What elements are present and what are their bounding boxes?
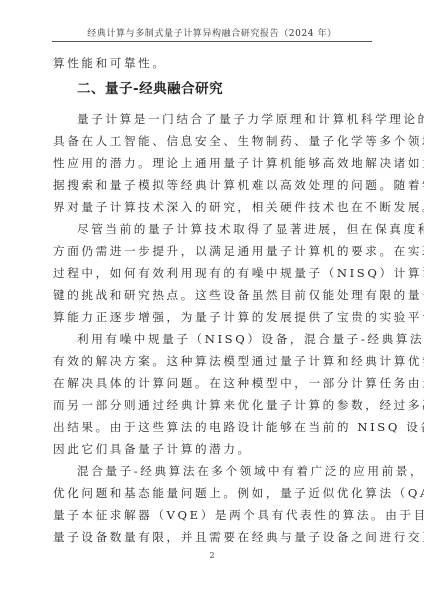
paragraph-line: 混合量子-经典算法在多个领域中有着广泛的应用前景，尤其是在组合 — [53, 460, 371, 482]
paragraph-line: 量子设备数量有限，并且需要在经典与量子设备之间进行交互，这类混合 — [53, 526, 371, 548]
header-divider — [52, 41, 372, 42]
paragraph-line: 优化问题和基态能量问题上。例如，量子近似优化算法（QAOA）和变分 — [53, 482, 371, 504]
page-number: 2 — [0, 551, 424, 560]
paragraph-line: 界对量子计算技术深入的研究，相关硬件技术也在不断发展。 — [53, 196, 371, 218]
paragraph-line: 尽管当前的量子计算技术取得了显著进展，但在保真度和相干时间等 — [53, 218, 371, 240]
section-heading: 二、量子-经典融合研究 — [53, 78, 371, 100]
paragraph-3: 利用有噪中规量子（NISQ）设备，混合量子-经典算法模型已成为一种 有效的解决方… — [53, 328, 371, 460]
paragraph-line: 有效的解决方案。这种算法模型通过量子计算和经典计算优势的结合，旨 — [53, 350, 371, 372]
paragraph-line: 而另一部分则通过经典计算来优化量子计算的参数，经过多次迭代最终得 — [53, 394, 371, 416]
paragraph-4: 混合量子-经典算法在多个领域中有着广泛的应用前景，尤其是在组合 优化问题和基态能… — [53, 460, 371, 548]
paragraph-line: 因此它们具备量子计算的潜力。 — [53, 438, 371, 460]
paragraph-1: 量子计算是一门结合了量子力学原理和计算机科学理论的前沿学科， 具备在人工智能、信… — [53, 108, 371, 218]
paragraph-line: 方面仍需进一步提升，以满足通用量子计算机的要求。在实现这一目标的 — [53, 240, 371, 262]
paragraph-line: 量子计算是一门结合了量子力学原理和计算机科学理论的前沿学科， — [53, 108, 371, 130]
paragraph-line: 性应用的潜力。理论上通用量子计算机能够高效地解决诸如大数分解、数 — [53, 152, 371, 174]
running-header: 经典计算与多制式量子计算异构融合研究报告（2024 年） — [52, 28, 372, 40]
paragraph-line: 在解决具体的计算问题。在这种模型中，一部分计算任务由量子设备执行， — [53, 372, 371, 394]
page-body: 算性能和可靠性。 二、量子-经典融合研究 量子计算是一门结合了量子力学原理和计算… — [53, 52, 371, 548]
paragraph-line: 算能力正逐步增强，为量子计算的发展提供了宝贵的实验平台和研究基础。 — [53, 306, 371, 328]
paragraph-line: 键的挑战和研究热点。这些设备虽然目前仅能处理有限的量子位，但其计 — [53, 284, 371, 306]
paragraph-line: 过程中，如何有效利用现有的有噪中规量子（NISQ）计算设备，是一个关 — [53, 262, 371, 284]
paragraph-line: 出结果。由于这些算法的电路设计能够在当前的 NISQ 设备上有效执行， — [53, 416, 371, 438]
paragraph-line: 据搜索和量子模拟等经典计算机难以高效处理的问题。随着学术界和工业 — [53, 174, 371, 196]
paragraph-2: 尽管当前的量子计算技术取得了显著进展，但在保真度和相干时间等 方面仍需进一步提升… — [53, 218, 371, 328]
continuation-line: 算性能和可靠性。 — [53, 52, 371, 74]
paragraph-line: 具备在人工智能、信息安全、生物制药、量子化学等多个领域中实现突破 — [53, 130, 371, 152]
paragraph-line: 利用有噪中规量子（NISQ）设备，混合量子-经典算法模型已成为一种 — [53, 328, 371, 350]
paragraph-line: 量子本征求解器（VQE）是两个具有代表性的算法。由于目前可供研究的 — [53, 504, 371, 526]
